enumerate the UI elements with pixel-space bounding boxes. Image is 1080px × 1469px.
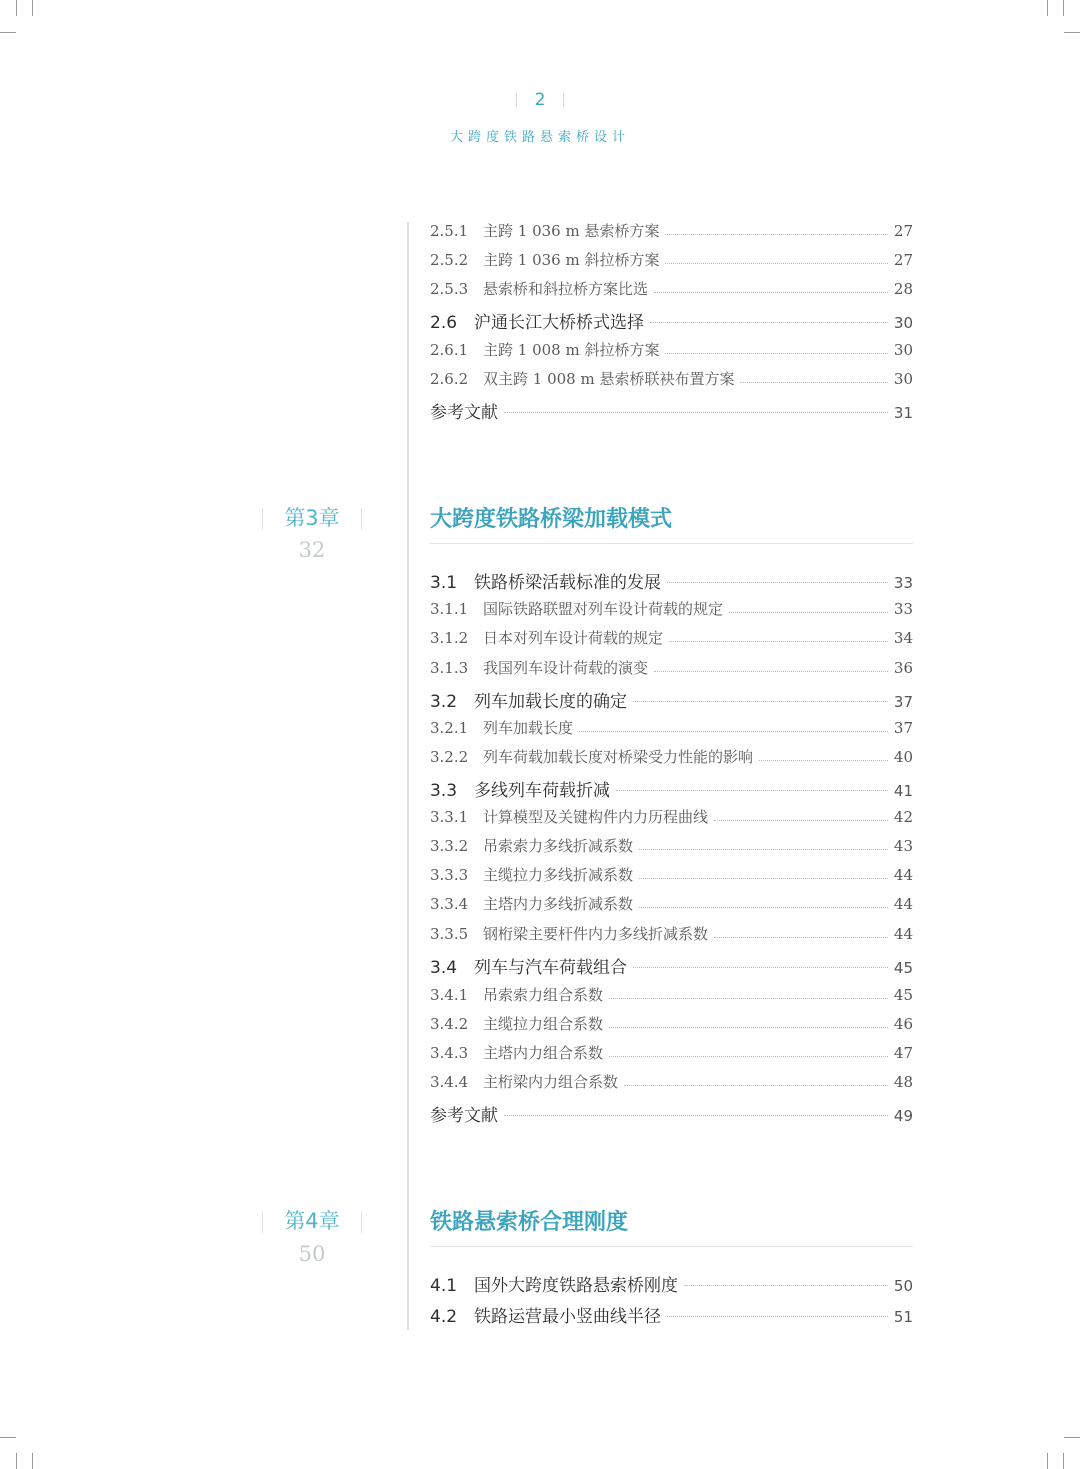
crop-mark-tl-v	[16, 0, 17, 16]
toc-section[interactable]: 4.2铁路运营最小竖曲线半径51	[430, 1302, 913, 1324]
toc-section[interactable]: 3.3多线列车荷载折减41	[430, 776, 913, 798]
crop-mark-br-v	[1047, 1453, 1048, 1469]
page-ref: 45	[894, 959, 913, 977]
toc-references[interactable]: 参考文献31	[430, 398, 913, 420]
chapter-4-rule	[430, 1246, 913, 1247]
toc-section[interactable]: 3.4列车与汽车荷载组合45	[430, 953, 913, 975]
chapter-4-page: 50	[262, 1242, 362, 1266]
dot-leader	[665, 353, 887, 354]
dot-leader	[624, 1085, 888, 1086]
page-ref: 44	[894, 866, 913, 884]
toc-entry[interactable]: 3.4.1吊索索力组合系数45	[430, 984, 913, 1006]
toc-entry[interactable]: 3.3.3主缆拉力多线折减系数44	[430, 864, 913, 886]
dot-leader	[665, 263, 887, 264]
page-ref: 34	[894, 629, 913, 647]
chapter-4-title[interactable]: 铁路悬索桥合理刚度	[430, 1205, 628, 1236]
running-header-page: 2	[0, 90, 1080, 110]
dot-leader	[639, 907, 888, 908]
toc-entry[interactable]: 3.2.2列车荷载加载长度对桥梁受力性能的影响40	[430, 746, 913, 768]
toc-entry[interactable]: 2.5.2主跨 1 036 m 斜拉桥方案27	[430, 249, 913, 271]
toc-vertical-rule	[407, 222, 409, 1330]
crop-mark-br-h	[1064, 1437, 1080, 1438]
toc-entry[interactable]: 2.6.2双主跨 1 008 m 悬索桥联袂布置方案30	[430, 368, 913, 390]
page-ref: 40	[894, 748, 913, 766]
dot-leader	[714, 820, 888, 821]
dot-leader	[633, 701, 888, 702]
toc-entry[interactable]: 3.3.2吊索索力多线折减系数43	[430, 835, 913, 857]
dot-leader	[665, 234, 887, 235]
toc-entry[interactable]: 3.3.5钢桁梁主要杆件内力多线折减系数44	[430, 923, 913, 945]
page-ref: 27	[894, 251, 913, 269]
page-ref: 47	[894, 1044, 913, 1062]
dot-leader	[729, 612, 888, 613]
crop-mark-br-v2	[1063, 1453, 1064, 1469]
dot-leader	[609, 998, 888, 999]
dot-leader	[740, 382, 887, 383]
page-ref: 51	[894, 1308, 913, 1326]
toc-entry[interactable]: 2.5.3悬索桥和斜拉桥方案比选28	[430, 278, 913, 300]
dot-leader	[684, 1285, 888, 1286]
dot-leader	[667, 1316, 888, 1317]
page-ref: 27	[894, 222, 913, 240]
page-ref: 30	[894, 314, 913, 332]
crop-mark-bl-h	[0, 1437, 16, 1438]
page-ref: 44	[894, 895, 913, 913]
page-number: 2	[535, 90, 546, 110]
chapter-4-label[interactable]: 第4章	[262, 1205, 362, 1235]
toc-entry[interactable]: 3.1.2日本对列车设计荷载的规定34	[430, 627, 913, 649]
dot-leader	[579, 731, 888, 732]
toc-entry[interactable]: 3.4.2主缆拉力组合系数46	[430, 1013, 913, 1035]
dot-leader	[650, 322, 888, 323]
toc-entry[interactable]: 2.6.1主跨 1 008 m 斜拉桥方案30	[430, 339, 913, 361]
page-ref: 48	[894, 1073, 913, 1091]
toc-section[interactable]: 4.1国外大跨度铁路悬索桥刚度50	[430, 1271, 913, 1293]
header-divider	[516, 93, 517, 107]
dot-leader	[654, 292, 888, 293]
toc-section[interactable]: 3.2列车加载长度的确定37	[430, 687, 913, 709]
toc-entry[interactable]: 3.3.1计算模型及关键构件内力历程曲线42	[430, 806, 913, 828]
dot-leader	[609, 1056, 888, 1057]
crop-mark-tl-v2	[32, 0, 33, 16]
dot-leader	[639, 849, 888, 850]
dot-leader	[504, 1115, 888, 1116]
page-ref: 30	[894, 341, 913, 359]
page-ref: 37	[894, 719, 913, 737]
chapter-3-label[interactable]: 第3章	[262, 502, 362, 532]
dot-leader	[759, 760, 888, 761]
toc-entry[interactable]: 3.3.4主塔内力多线折减系数44	[430, 893, 913, 915]
dot-leader	[609, 1027, 888, 1028]
toc-entry[interactable]: 3.1.1国际铁路联盟对列车设计荷载的规定33	[430, 598, 913, 620]
dot-leader	[669, 641, 888, 642]
label-divider	[361, 508, 362, 530]
page-ref: 30	[894, 370, 913, 388]
page-ref: 44	[894, 925, 913, 943]
page-ref: 45	[894, 986, 913, 1004]
page-ref: 50	[894, 1277, 913, 1295]
page-ref: 37	[894, 693, 913, 711]
page-ref: 36	[894, 659, 913, 677]
page-ref: 33	[894, 600, 913, 618]
dot-leader	[654, 671, 888, 672]
toc-entry[interactable]: 3.4.4主桁梁内力组合系数48	[430, 1071, 913, 1093]
label-divider	[262, 508, 263, 530]
label-divider	[262, 1211, 263, 1233]
dot-leader	[633, 967, 888, 968]
book-title: 大跨度铁路悬索桥设计	[0, 126, 1080, 145]
crop-mark-bl-v2	[32, 1453, 33, 1469]
dot-leader	[504, 412, 888, 413]
toc-entry[interactable]: 2.5.1主跨 1 036 m 悬索桥方案27	[430, 220, 913, 242]
page-ref: 42	[894, 808, 913, 826]
page-ref: 49	[894, 1107, 913, 1125]
header-divider	[563, 93, 564, 107]
chapter-3-rule	[430, 543, 913, 544]
chapter-3-page: 32	[262, 538, 362, 562]
toc-entry[interactable]: 3.2.1列车加载长度37	[430, 717, 913, 739]
crop-mark-tr-h	[1064, 32, 1080, 33]
toc-entry[interactable]: 3.4.3主塔内力组合系数47	[430, 1042, 913, 1064]
chapter-3-title[interactable]: 大跨度铁路桥梁加载模式	[430, 502, 672, 533]
page-ref: 33	[894, 574, 913, 592]
toc-section[interactable]: 2.6沪通长江大桥桥式选择30	[430, 308, 913, 330]
crop-mark-tr-v2	[1063, 0, 1064, 16]
crop-mark-bl-v	[16, 1453, 17, 1469]
page-ref: 46	[894, 1015, 913, 1033]
dot-leader	[667, 582, 888, 583]
dot-leader	[639, 878, 888, 879]
toc-entry[interactable]: 3.1.3我国列车设计荷载的演变36	[430, 657, 913, 679]
page-ref: 28	[894, 280, 913, 298]
page-ref: 41	[894, 782, 913, 800]
crop-mark-tl-h	[0, 32, 16, 33]
toc-references[interactable]: 参考文献49	[430, 1101, 913, 1123]
page-ref: 43	[894, 837, 913, 855]
toc-section[interactable]: 3.1铁路桥梁活载标准的发展33	[430, 568, 913, 590]
dot-leader	[714, 937, 888, 938]
dot-leader	[616, 790, 888, 791]
label-divider	[361, 1211, 362, 1233]
page-ref: 31	[894, 404, 913, 422]
crop-mark-tr-v	[1047, 0, 1048, 16]
